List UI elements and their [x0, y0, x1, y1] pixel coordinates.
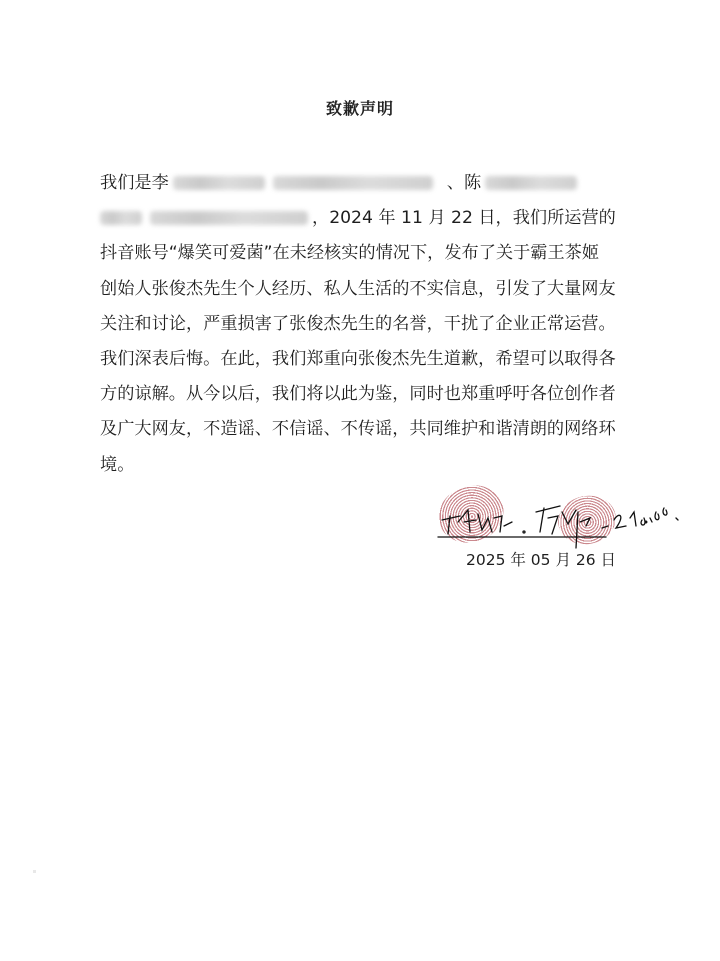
redacted-name-id — [485, 176, 577, 190]
body-line-3: 抖音账号“爆笑可爱菌”在未经核实的情况下，发布了关于霸王茶姬 — [100, 236, 640, 271]
text-segment: ，2024 年 11 月 22 日，我们所运营的 — [312, 208, 616, 228]
text-segment: 我们是李 — [100, 173, 169, 193]
body-line-2: ，2024 年 11 月 22 日，我们所运营的 — [100, 201, 640, 236]
body-line-7: 方的谅解。从今以后，我们将以此为鉴，同时也郑重呼吁各位创作者 — [100, 377, 640, 412]
redacted-id-label — [100, 211, 142, 225]
document-title: 致歉声明 — [0, 96, 720, 119]
document-date: 2025 年 05 月 26 日 — [466, 548, 616, 570]
apology-body: 我们是李、陈 ，2024 年 11 月 22 日，我们所运营的 抖音账号“爆笑可… — [100, 166, 640, 483]
body-line-4: 创始人张俊杰先生个人经历、私人生活的不实信息，引发了大量网友 — [100, 272, 640, 307]
redacted-id-number — [150, 211, 308, 225]
body-line-6: 我们深表后悔。在此，我们郑重向张俊杰先生道歉，希望可以取得各 — [100, 342, 640, 377]
redacted-name-id — [173, 176, 265, 190]
redacted-id-number — [273, 176, 433, 190]
body-line-8: 及广大网友，不造谣、不信谣、不传谣，共同维护和谐清朗的网络环 — [100, 412, 640, 447]
body-line-5: 关注和讨论，严重损害了张俊杰先生的名誉，干扰了企业正常运营。 — [100, 307, 640, 342]
text-segment: 、陈 — [447, 173, 481, 193]
body-line-1: 我们是李、陈 — [100, 166, 640, 201]
scan-speck — [33, 870, 36, 873]
body-line-9: 境。 — [100, 448, 640, 483]
